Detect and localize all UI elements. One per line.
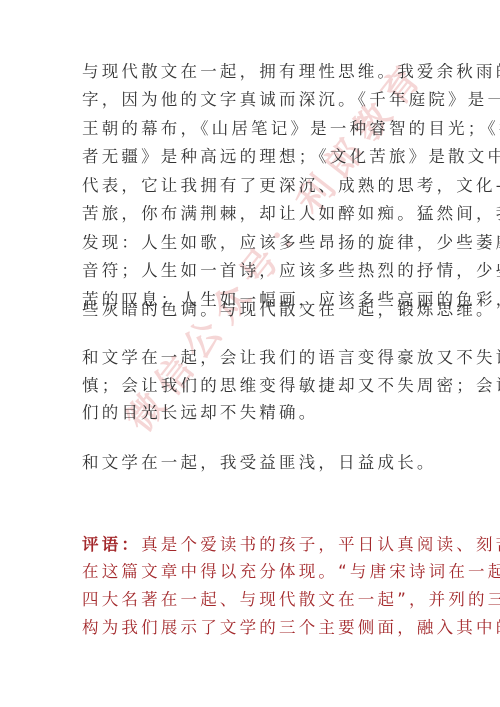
review-line: 构为我们展示了文学的三个主要侧面，融入其中的自我: [82, 618, 500, 638]
review-line: 四大名著在一起、与现代散文在一起”，并列的三段结: [82, 590, 500, 610]
text-line: 和文学在一起，会让我们的语言变得豪放又不失谨: [82, 348, 500, 368]
review-line: 在这篇文章中得以充分体现。“与唐宋诗词在一起、与: [82, 562, 500, 582]
text-line: 苦旅，你布满荆棘，却让人如醉如痴。猛然间，我会: [82, 204, 500, 224]
text-line: 与现代散文在一起，拥有理性思维。我爱余秋雨的文: [82, 62, 500, 82]
text-line: 和文学在一起，我受益匪浅，日益成长。: [82, 453, 437, 473]
review-text: 真是个爱读书的孩子，平日认真阅读、刻苦积累: [141, 535, 500, 554]
review-label: 评语：: [82, 535, 141, 554]
text-line: 们的目光长远却不失精确。: [82, 403, 318, 423]
text-line: 些灰暗的色调。与现代散文在一起，锻炼思维。: [82, 300, 496, 320]
text-line: 代表，它让我拥有了更深沉、成熟的思考，文化——: [82, 176, 500, 196]
text-line: 字，因为他的文字真诚而深沉。《千年庭院》是一个: [82, 90, 500, 110]
text-line: 音符；人生如一首诗，应该多些热烈的抒情，少些愁: [82, 261, 500, 281]
text-line: 者无疆》是种高远的理想；《文化苦旅》是散文中的: [82, 147, 500, 167]
text-line: 慎；会让我们的思维变得敏捷却又不失周密；会让我: [82, 376, 500, 396]
text-line: 王朝的幕布，《山居笔记》是一种睿智的目光；《行: [82, 119, 500, 139]
text-line: 发现：人生如歌，应该多些昂扬的旋律，少些萎靡的: [82, 233, 500, 253]
review-line: 评语：真是个爱读书的孩子，平日认真阅读、刻苦积累: [82, 535, 500, 555]
document-page: 微信公众号：利郎教育 与现代散文在一起，拥有理性思维。我爱余秋雨的文 字，因为他…: [0, 0, 500, 707]
